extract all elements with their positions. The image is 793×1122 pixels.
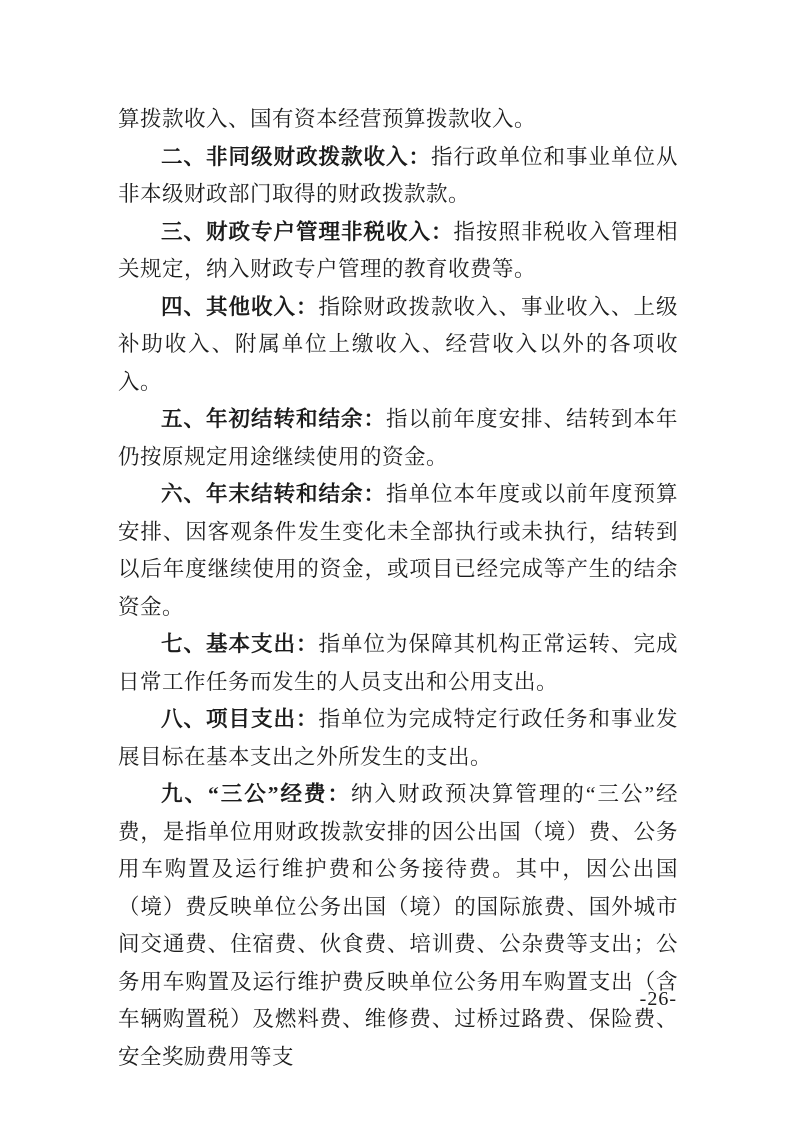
paragraph-term-5: 五、年初结转和结余：指以前年度安排、结转到本年仍按原规定用途继续使用的资金。 [118, 401, 678, 476]
paragraph-term-7: 七、基本支出：指单位为保障其机构正常运转、完成日常工作任务而发生的人员支出和公用… [118, 626, 678, 701]
term-label: 五、年初结转和结余： [161, 407, 386, 431]
paragraph-continuation: 算拨款收入、国有资本经营预算拨款收入。 [118, 101, 678, 139]
paragraph-term-2: 二、非同级财政拨款收入：指行政单位和事业单位从非本级财政部门取得的财政拨款款。 [118, 139, 678, 214]
page-number: -26- [640, 988, 677, 1011]
term-definition: 纳入财政预决算管理的“三公”经费，是指单位用财政拨款安排的因公出国（境）费、公务… [118, 782, 678, 1069]
term-label: 六、年末结转和结余： [161, 482, 386, 506]
term-label: 二、非同级财政拨款收入： [161, 145, 431, 169]
paragraph-term-4: 四、其他收入：指除财政拨款收入、事业收入、上级补助收入、附属单位上缴收入、经营收… [118, 289, 678, 402]
text-block: 算拨款收入、国有资本经营预算拨款收入。 二、非同级财政拨款收入：指行政单位和事业… [118, 101, 678, 1076]
paragraph-term-8: 八、项目支出：指单位为完成特定行政任务和事业发展目标在基本支出之外所发生的支出。 [118, 701, 678, 776]
term-label: 八、项目支出： [161, 707, 319, 731]
paragraph-term-9: 九、“三公”经费：纳入财政预决算管理的“三公”经费，是指单位用财政拨款安排的因公… [118, 776, 678, 1076]
term-label: 三、财政专户管理非税收入： [161, 220, 453, 244]
term-label: 九、“三公”经费： [161, 782, 351, 806]
paragraph-text: 算拨款收入、国有资本经营预算拨款收入。 [118, 107, 536, 131]
document-page: 算拨款收入、国有资本经营预算拨款收入。 二、非同级财政拨款收入：指行政单位和事业… [0, 0, 793, 1122]
term-label: 四、其他收入： [161, 295, 319, 319]
term-label: 七、基本支出： [161, 632, 319, 656]
paragraph-term-3: 三、财政专户管理非税收入：指按照非税收入管理相关规定，纳入财政专户管理的教育收费… [118, 214, 678, 289]
paragraph-term-6: 六、年末结转和结余：指单位本年度或以前年度预算安排、因客观条件发生变化未全部执行… [118, 476, 678, 626]
